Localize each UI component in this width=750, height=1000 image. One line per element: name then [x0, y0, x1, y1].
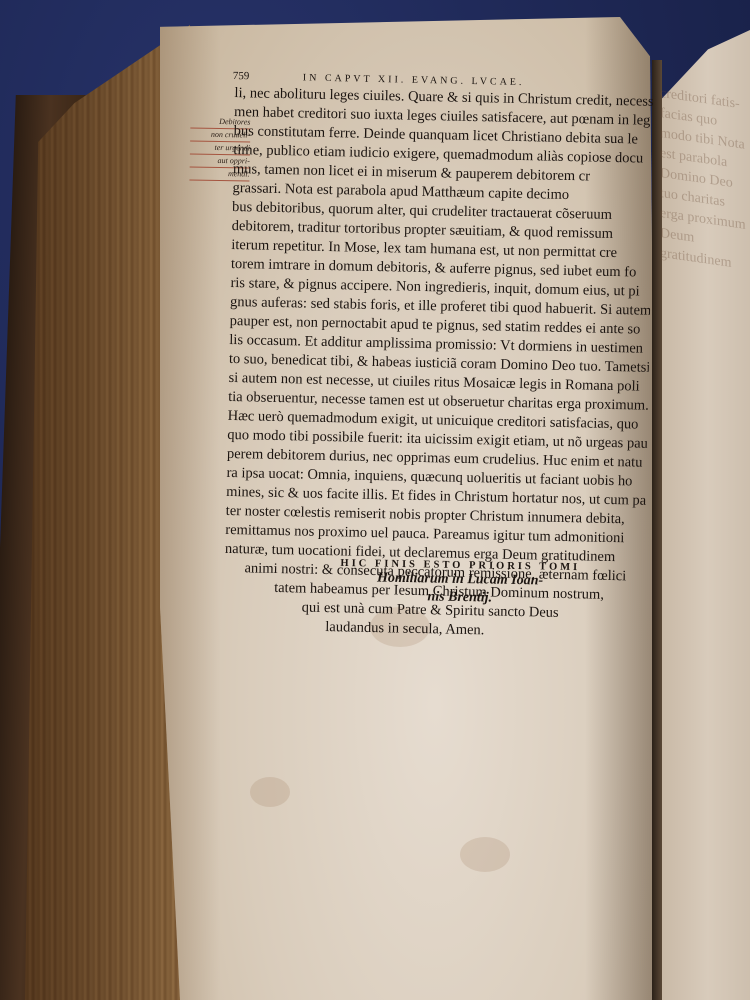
colophon: HIC FINIS ESTO PRIORIS TOMI Homiliarum i…: [300, 557, 621, 610]
show-through-text: creditori fatis- facias quo modo tibi No…: [660, 84, 748, 696]
main-text-block: 759 IN CAPVT XII. EVANG. LVCAE. li, nec …: [223, 70, 655, 644]
page-number: 759: [233, 70, 250, 82]
